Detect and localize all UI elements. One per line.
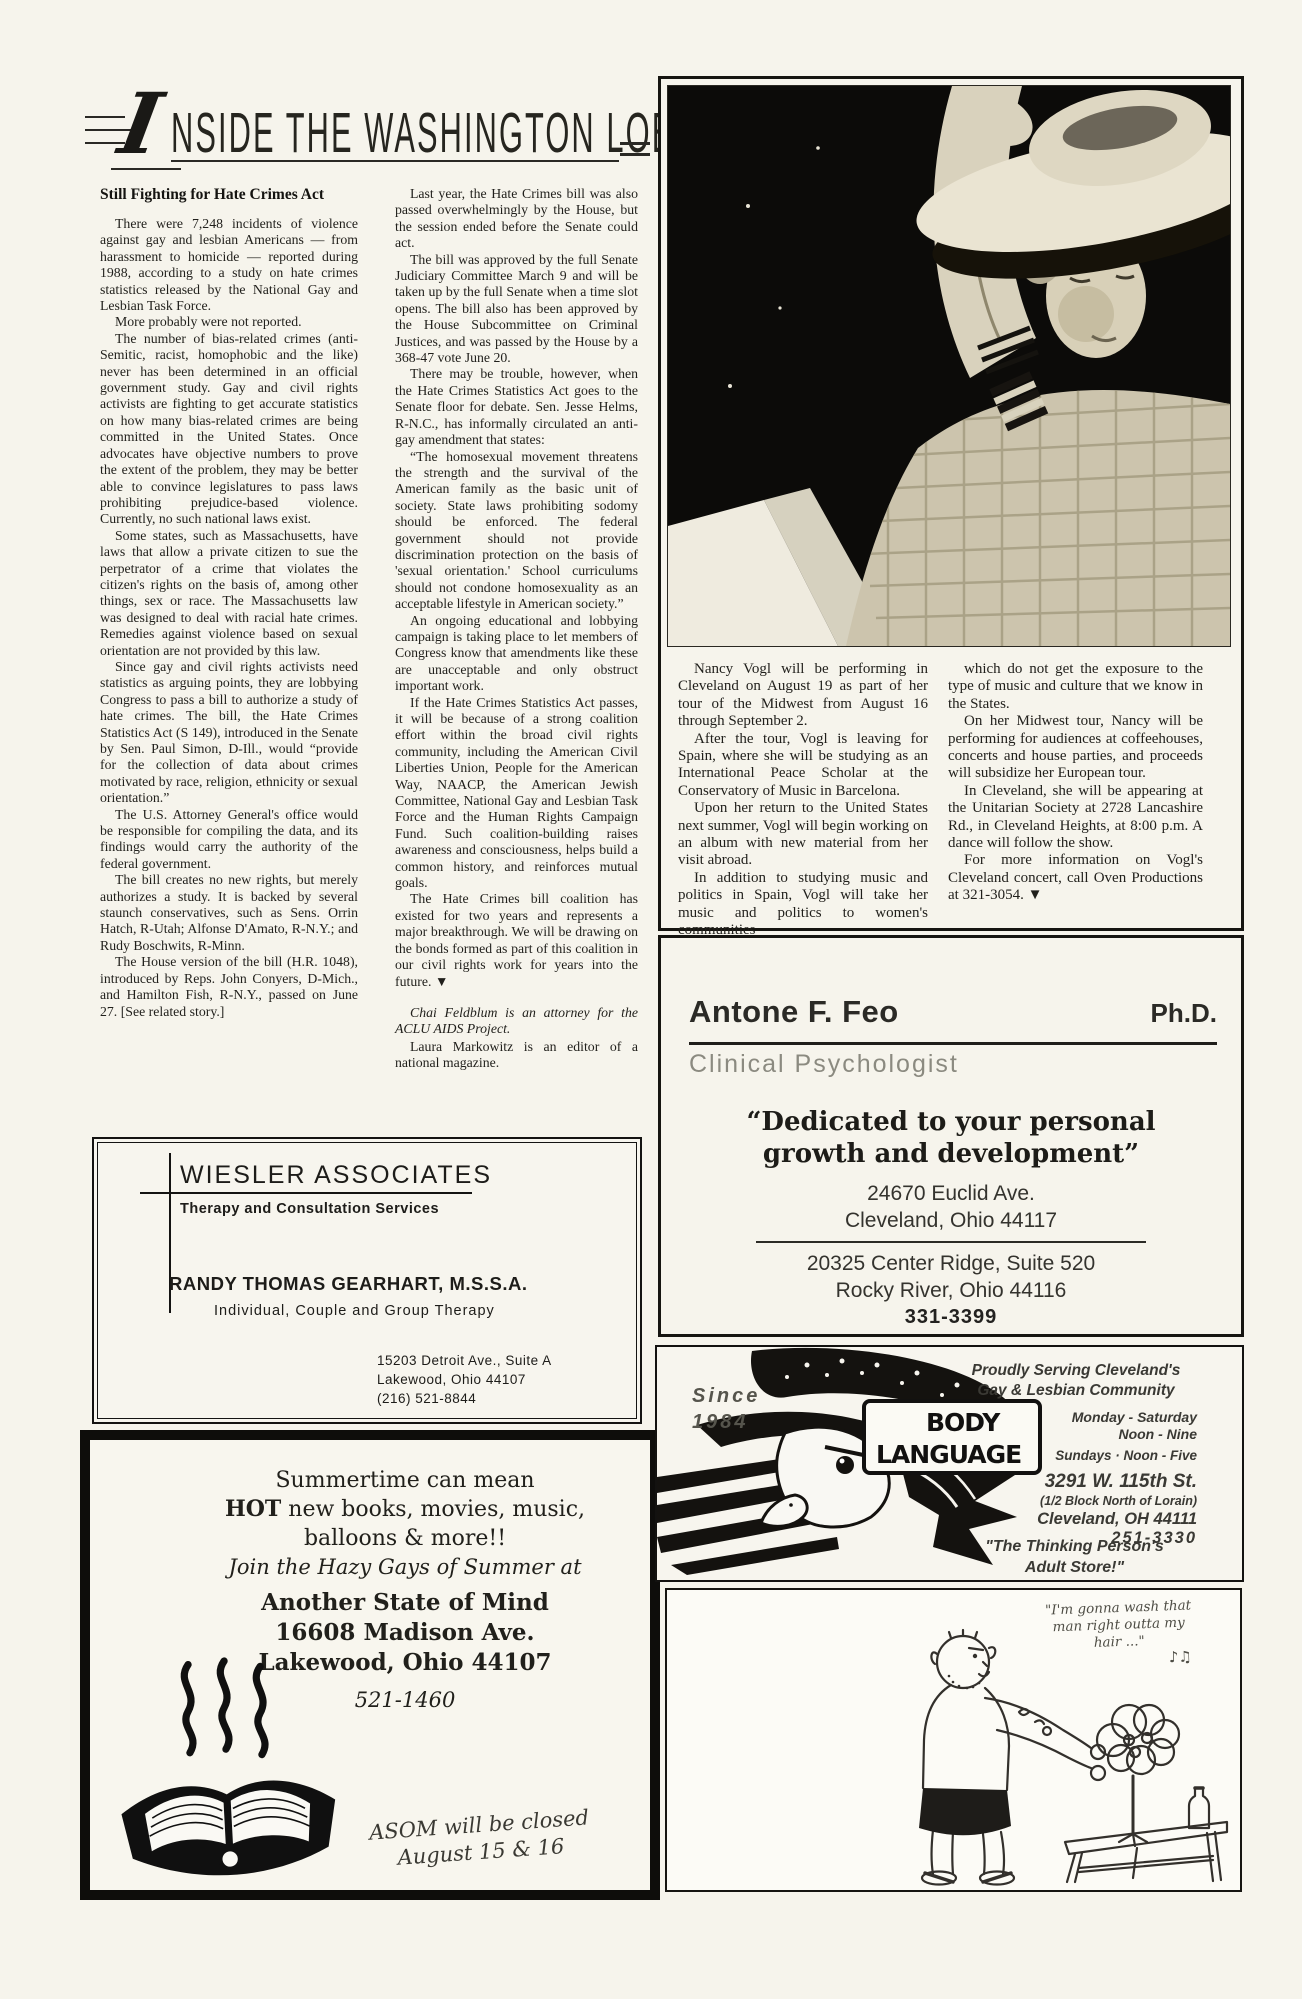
article-paragraph: “The homosexual movement threatens the s… [395, 449, 638, 613]
wiesler-address-line2: Lakewood, Ohio 44107 [377, 1370, 552, 1389]
wiesler-phone: (216) 521-8844 [377, 1389, 552, 1408]
wiesler-address-line1: 15203 Detroit Ave., Suite A [377, 1351, 552, 1370]
feo-address-rocky-river: 20325 Center Ridge, Suite 520 Rocky Rive… [661, 1250, 1241, 1331]
bl-slogan-line2: Adult Store!" [952, 1557, 1197, 1578]
wiesler-name: WIESLER ASSOCIATES [180, 1161, 492, 1190]
article-column-2-body: Last year, the Hate Crimes bill was also… [395, 186, 638, 990]
caption-paragraph: In addition to studying music and politi… [678, 870, 928, 940]
wiesler-services: Individual, Couple and Group Therapy [214, 1303, 495, 1319]
article-paragraph: Since gay and civil rights activists nee… [100, 659, 358, 807]
open-book-icon [102, 1652, 357, 1877]
article-paragraph: There may be trouble, however, when the … [395, 366, 638, 448]
caption-paragraph: Nancy Vogl will be performing in Clevela… [678, 661, 928, 731]
haircut-cartoon: "I'm gonna wash that man right outta my … [665, 1588, 1242, 1892]
bl-serving-text: Proudly Serving Cleveland's Gay & Lesbia… [957, 1361, 1195, 1401]
feo-divider [756, 1241, 1146, 1243]
bl-serving-line1: Proudly Serving Cleveland's [957, 1361, 1195, 1381]
asom-store-name: Another State of Mind [195, 1588, 615, 1618]
body-language-ad: Since 1984 BODY LANGUAGE Proudly Serving… [655, 1345, 1244, 1582]
feo-address-cleveland: 24670 Euclid Ave. Cleveland, Ohio 44117 [661, 1180, 1241, 1234]
wiesler-associates-ad: WIESLER ASSOCIATES Therapy and Consultat… [92, 1137, 642, 1424]
bl-street: 3291 W. 115th St. [979, 1471, 1197, 1493]
asom-line3: balloons & more!! [195, 1524, 615, 1553]
asom-address-line1: 16608 Madison Ave. [195, 1618, 615, 1648]
nancy-vogl-photo [667, 85, 1231, 647]
wiesler-therapist-name: RANDY THOMAS GEARHART, M.S.S.A. [169, 1273, 527, 1295]
article-paragraph: The bill was approved by the full Senate… [395, 252, 638, 367]
feo-degree: Ph.D. [1151, 998, 1217, 1029]
article-column-1: There were 7,248 incidents of violence a… [100, 216, 358, 1020]
byline-author-2: Laura Markowitz is an editor of a nation… [395, 1039, 638, 1072]
masthead-speed-line [85, 116, 125, 118]
article-paragraph: The U.S. Attorney General's office would… [100, 807, 358, 873]
feo-address1-line2: Cleveland, Ohio 44117 [661, 1207, 1241, 1234]
article-paragraph: More probably were not reported. [100, 314, 358, 330]
vogl-caption-column-1: Nancy Vogl will be performing in Clevela… [678, 661, 928, 940]
vogl-caption-column-2: which do not get the exposure to the typ… [948, 661, 1203, 905]
another-state-of-mind-ad: Summertime can mean HOT new books, movie… [80, 1430, 660, 1900]
article-paragraph: If the Hate Crimes Statistics Act passes… [395, 695, 638, 892]
bl-address-note: (1/2 Block North of Lorain) [979, 1493, 1197, 1509]
bl-slogan-line1: "The Thinking Person's [952, 1536, 1197, 1557]
bl-city: Cleveland, OH 44111 [979, 1509, 1197, 1529]
article-paragraph: The number of bias-related crimes (anti-… [100, 331, 358, 528]
caption-paragraph: After the tour, Vogl is leaving for Spai… [678, 731, 928, 801]
bl-since-label: Since 1984 [692, 1383, 760, 1435]
bl-hours-line3: Sundays · Noon - Five [979, 1448, 1197, 1463]
feo-name: Antone F. Feo [689, 994, 899, 1030]
asom-closed-note: ASOM will be closed August 15 & 16 [338, 1802, 621, 1875]
feo-address2-line2: Rocky River, Ohio 44116 [661, 1277, 1241, 1304]
feo-name-row: Antone F. Feo Ph.D. [689, 994, 1217, 1030]
newspaper-page: { "header": { "initial": "I", "rest": "N… [0, 0, 1302, 1999]
article-paragraph: The Hate Crimes bill coalition has exist… [395, 891, 638, 989]
bl-serving-line2: Gay & Lesbian Community [957, 1381, 1195, 1401]
caption-paragraph: Upon her return to the United States nex… [678, 800, 928, 870]
masthead: I NSIDE THE WASHINGTON LOBBY [85, 96, 650, 172]
masthead-title: NSIDE THE WASHINGTON LOBBY [171, 102, 720, 166]
feo-phone: 331-3399 [661, 1304, 1241, 1331]
caption-paragraph: In Cleveland, she will be appearing at t… [948, 783, 1203, 853]
wiesler-address: 15203 Detroit Ave., Suite A Lakewood, Oh… [377, 1351, 552, 1408]
article-paragraph: Last year, the Hate Crimes bill was also… [395, 186, 638, 252]
bl-hours-line1: Monday - Saturday [979, 1409, 1197, 1426]
masthead-equals-mark [620, 142, 650, 156]
byline-author-1: Chai Feldblum is an attorney for the ACL… [395, 1005, 638, 1038]
masthead-initial: I [114, 82, 168, 166]
feo-address2-line1: 20325 Center Ridge, Suite 520 [661, 1250, 1241, 1277]
bl-since-line2: 1984 [692, 1409, 760, 1435]
photo-illustration [668, 86, 1230, 646]
caption-paragraph: For more information on Vogl's Cleveland… [948, 852, 1203, 904]
cartoon-speech-text: "I'm gonna wash that man right outta my … [1018, 1597, 1220, 1672]
vogl-feature-box: Nancy Vogl will be performing in Clevela… [658, 76, 1244, 931]
asom-line2-rest: new books, movies, music, [281, 1497, 585, 1522]
asom-tagline: Join the Hazy Gays of Summer at [195, 1553, 615, 1582]
bl-since-line1: Since [692, 1383, 760, 1409]
feo-quote: “Dedicated to your personal growth and d… [661, 1106, 1241, 1170]
article-paragraph: The House version of the bill (H.R. 1048… [100, 954, 358, 1020]
feo-psychologist-ad: Antone F. Feo Ph.D. Clinical Psychologis… [658, 935, 1244, 1337]
article-headline: Still Fighting for Hate Crimes Act [100, 186, 358, 204]
article-column-2: Last year, the Hate Crimes bill was also… [395, 186, 638, 1072]
bl-hours-line2: Noon - Nine [979, 1426, 1197, 1443]
caption-paragraph: On her Midwest tour, Nancy will be perfo… [948, 713, 1203, 783]
feo-title: Clinical Psychologist [689, 1050, 959, 1079]
asom-hot: HOT [225, 1496, 281, 1522]
feo-quote-line1: “Dedicated to your personal [661, 1106, 1241, 1138]
caption-paragraph: which do not get the exposure to the typ… [948, 661, 1203, 713]
feo-quote-line2: growth and development” [661, 1138, 1241, 1170]
feo-address1-line1: 24670 Euclid Ave. [661, 1180, 1241, 1207]
article-paragraph: An ongoing educational and lobbying camp… [395, 613, 638, 695]
feo-rule [689, 1042, 1217, 1045]
article-paragraph: Some states, such as Massachusetts, have… [100, 528, 358, 659]
wiesler-logo-horizontal-line [140, 1192, 472, 1194]
bl-slogan: "The Thinking Person's Adult Store!" [952, 1536, 1197, 1578]
wiesler-tagline: Therapy and Consultation Services [180, 1201, 439, 1217]
article-paragraph: The bill creates no new rights, but mere… [100, 872, 358, 954]
asom-line2: HOT new books, movies, music, [195, 1495, 615, 1524]
article-paragraph: There were 7,248 incidents of violence a… [100, 216, 358, 314]
asom-line1: Summertime can mean [195, 1466, 615, 1495]
masthead-underline [171, 160, 619, 162]
bl-hours-address: Monday - Saturday Noon - Nine Sundays · … [979, 1409, 1197, 1548]
